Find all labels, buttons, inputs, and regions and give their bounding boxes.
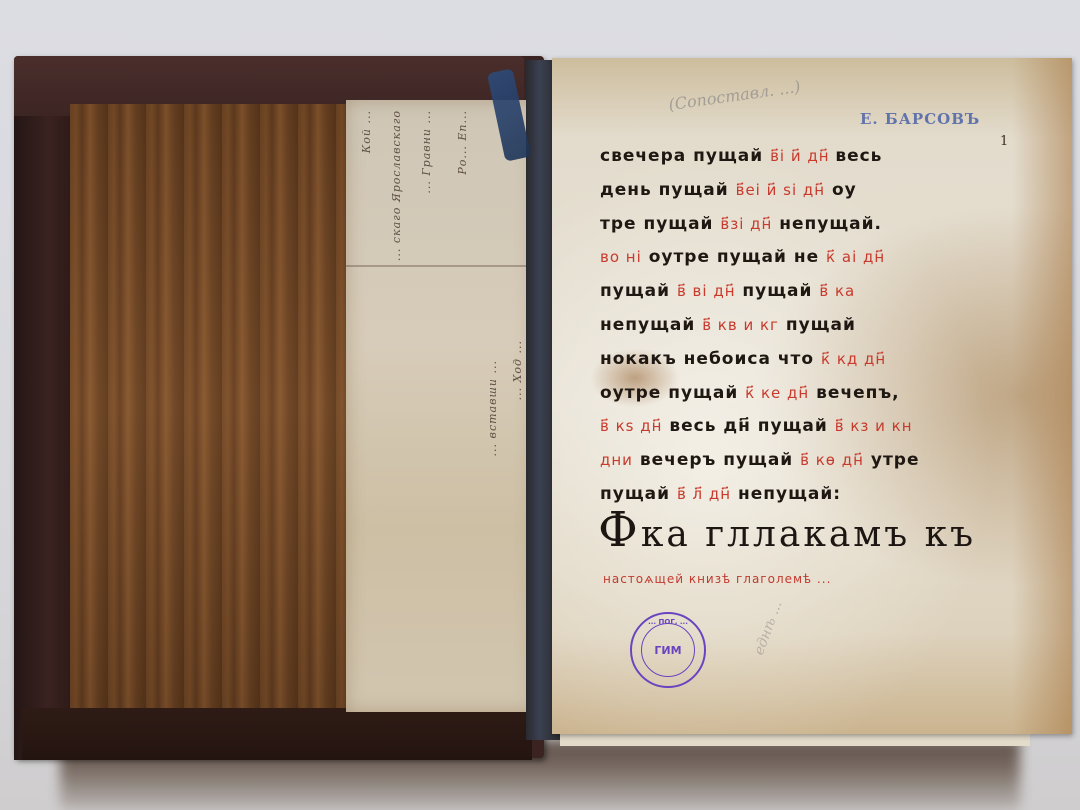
- text-line: день пущай в҃еі и҃ ѕі дн҃ оу: [600, 174, 1000, 208]
- inscription: Кой ...: [360, 110, 373, 153]
- rubric-subtitle: настоѧщей книзѣ глаголемѣ ...: [603, 572, 831, 586]
- text-line: оутре пущай к҃ ке дн҃ вечепъ,: [600, 377, 1000, 411]
- inscription: ... скаго Ярославскаго: [390, 110, 403, 261]
- wooden-board: [70, 104, 355, 712]
- leather-edge-left: [14, 70, 72, 760]
- inscription: Ро... Еп...: [456, 110, 469, 175]
- text-line: тре пущай в҃зі дн҃ непущай.: [600, 208, 1000, 242]
- paper-fold: [346, 265, 534, 267]
- text-line: нокакъ небоиса что к҃ кд дн҃: [600, 343, 1000, 377]
- text-line: пущай в҃ ві дн҃ пущай в҃ ка: [600, 275, 1000, 309]
- text-line: свечера пущай в҃і и҃ дн҃ весь: [600, 140, 1000, 174]
- inscription: ... Ход ...: [511, 340, 524, 400]
- manuscript-text: свечера пущай в҃і и҃ дн҃ весь день пущай…: [600, 140, 1000, 512]
- museum-seal-stamp: ... ПОГ. ... ГИМ: [630, 612, 706, 688]
- text-line: во ні оутре пущай не к҃ аі дн҃: [600, 241, 1000, 275]
- library-stamp: Е. БАРСОВЪ: [860, 110, 980, 128]
- ornamental-initial: Ф: [598, 502, 641, 558]
- text-line: непущай в҃ кв и кг пущай: [600, 309, 1000, 343]
- inscribed-pastedown: Кой ... ... скаго Ярославскаго ... Гравн…: [346, 100, 534, 712]
- text-line: в҃ кѕ дн҃ весь дн҃ пущай в҃ кз и кн: [600, 410, 1000, 444]
- inscription: ... вставши ...: [486, 360, 499, 456]
- text-line: дни вечеръ пущай в҃ кѳ дн҃ утре: [600, 444, 1000, 478]
- leather-edge-bottom: [22, 708, 532, 760]
- section-heading: Фка гллакамъ къ: [598, 502, 976, 558]
- inscription: ... Гравни ...: [420, 110, 433, 194]
- page-number: 1: [1000, 134, 1008, 149]
